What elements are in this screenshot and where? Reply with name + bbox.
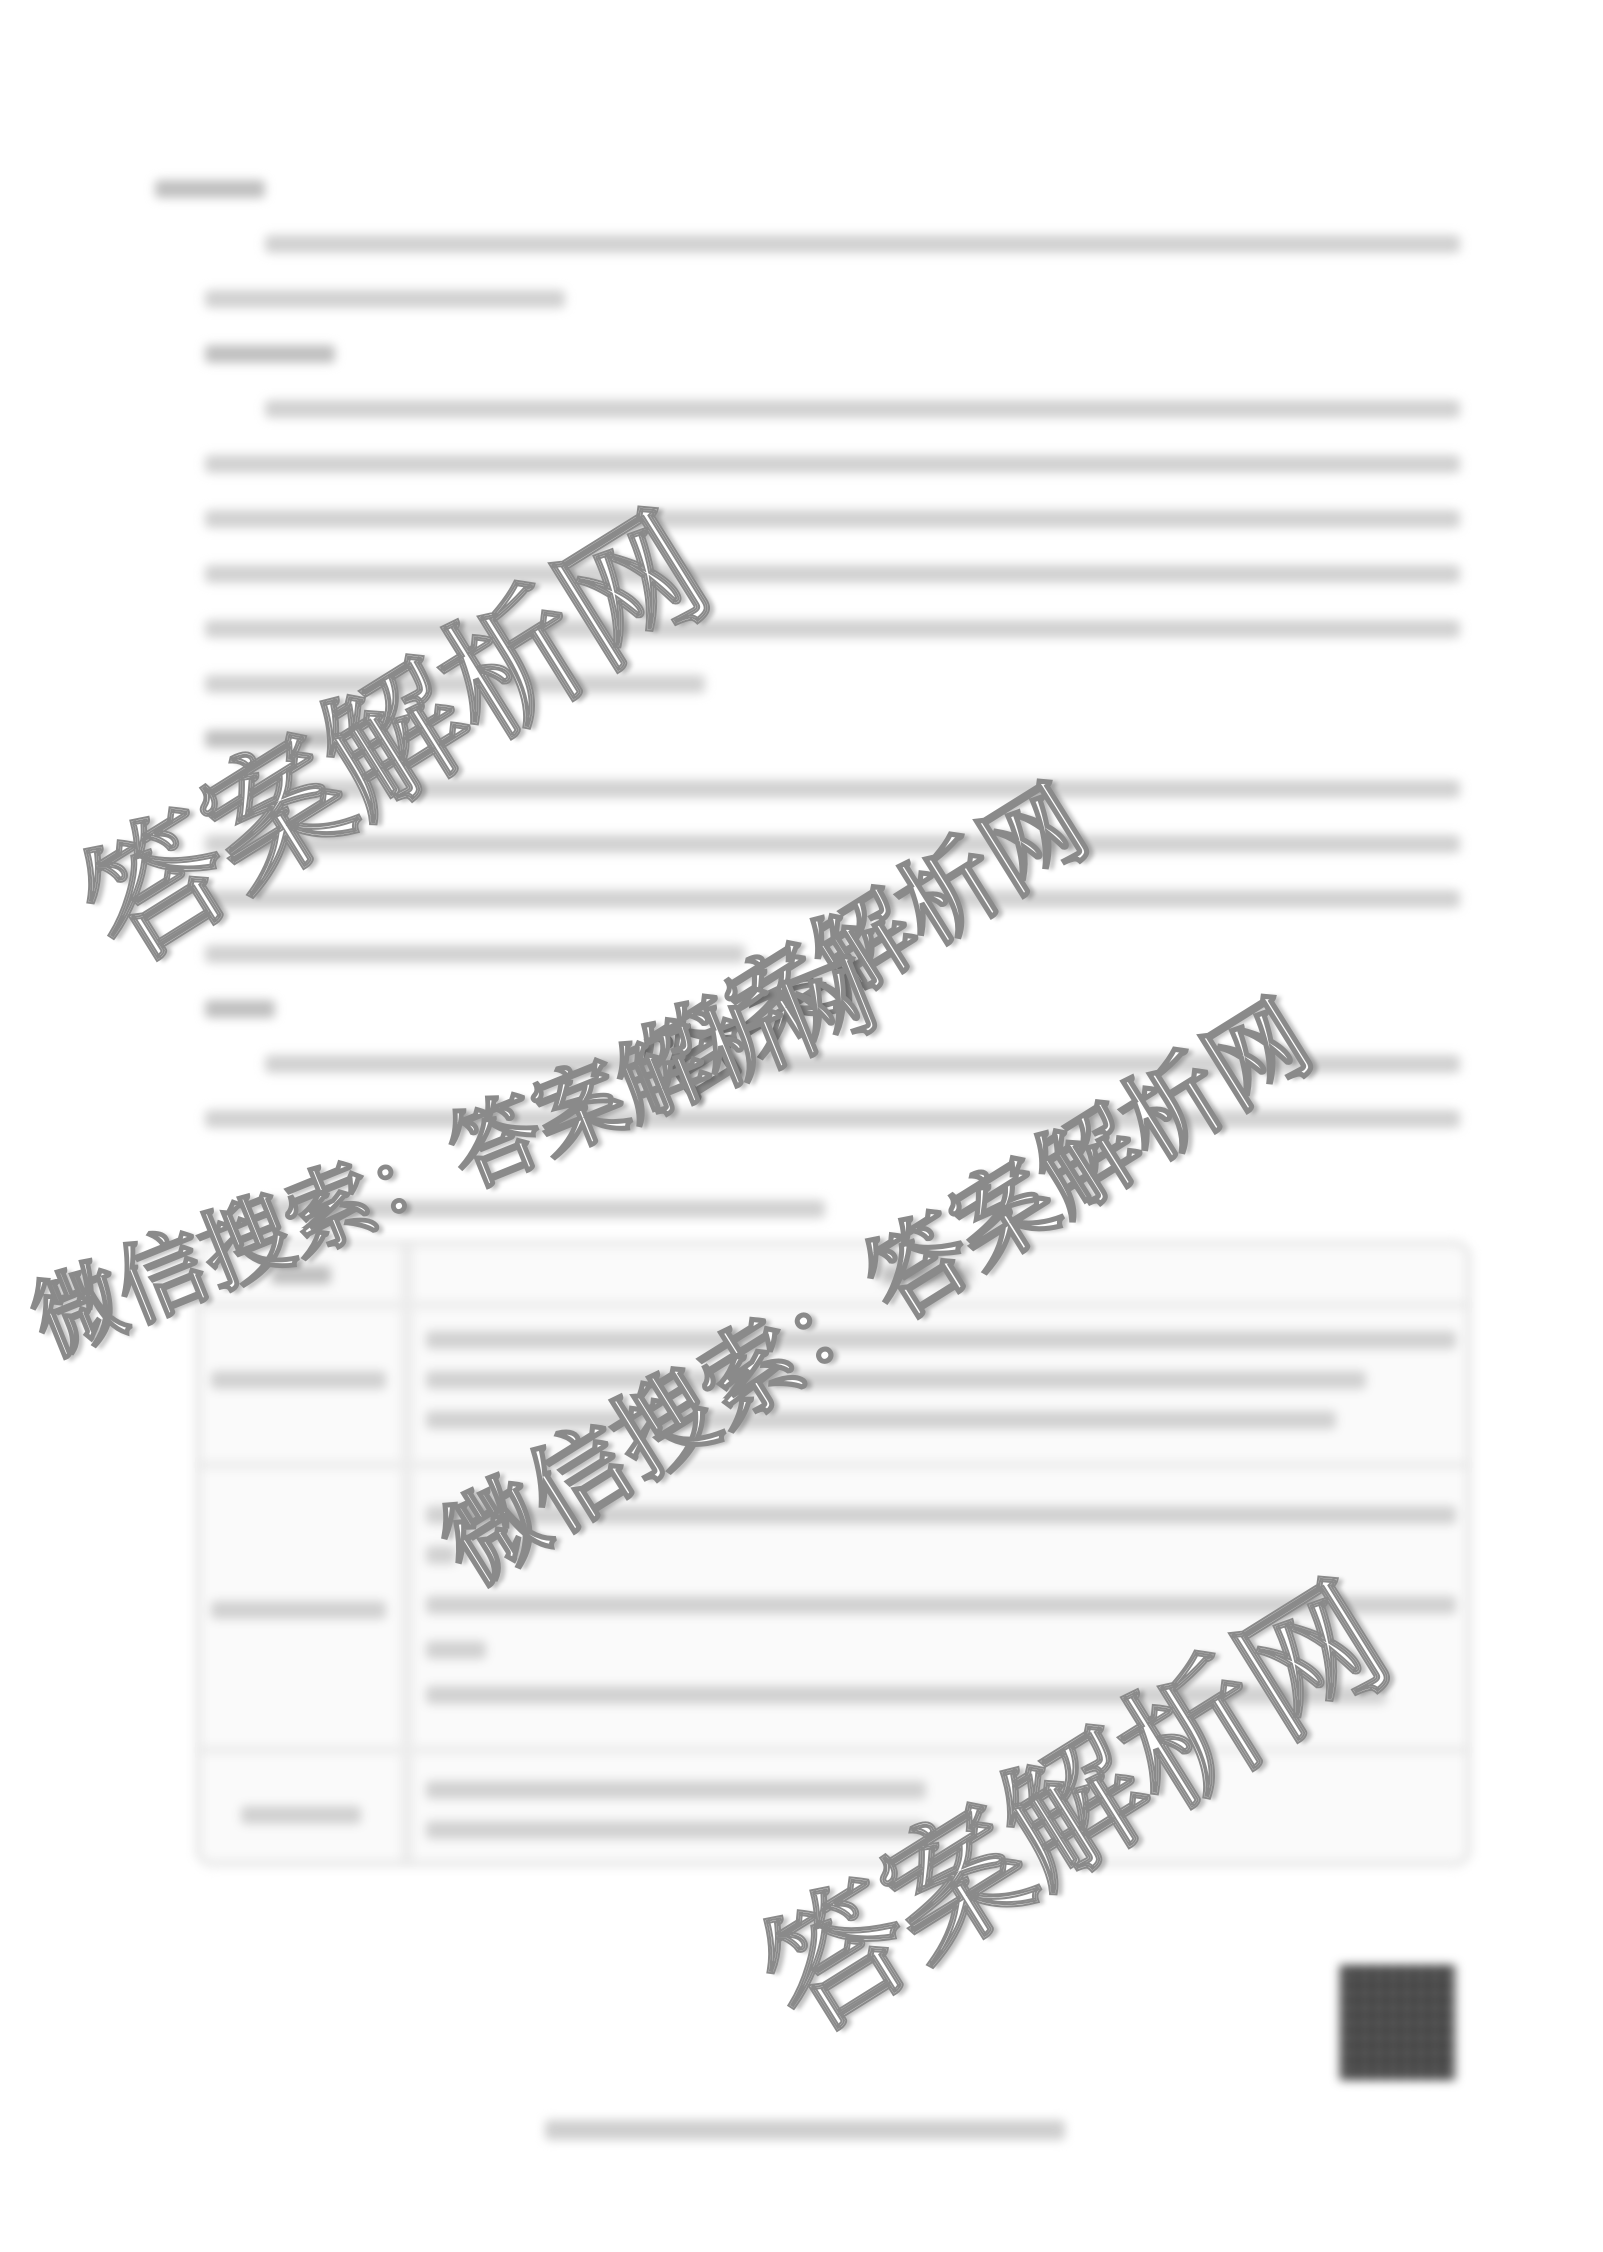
table-column-divider	[401, 1246, 413, 1861]
paragraph-line	[205, 290, 565, 308]
table-cell-line	[426, 1641, 486, 1659]
table-cell-line	[426, 1781, 926, 1799]
paragraph-line	[205, 945, 745, 963]
table-label-cell	[211, 1601, 386, 1619]
paragraph-line	[265, 235, 1460, 253]
table-row-divider	[201, 1461, 1466, 1469]
table-label-cell	[211, 1371, 386, 1389]
section-heading	[155, 180, 265, 198]
subheading	[205, 1000, 275, 1018]
subheading	[205, 345, 335, 363]
qr-code	[1340, 1965, 1455, 2080]
paragraph-line	[205, 455, 1460, 473]
paragraph-line	[205, 510, 1460, 528]
table-cell-line	[426, 1371, 1366, 1389]
paragraph-line	[265, 400, 1460, 418]
table-label-cell	[241, 1806, 361, 1824]
paragraph-line	[205, 565, 1460, 583]
footer-page-info	[545, 2120, 1065, 2140]
table-cell-line	[426, 1331, 1456, 1349]
